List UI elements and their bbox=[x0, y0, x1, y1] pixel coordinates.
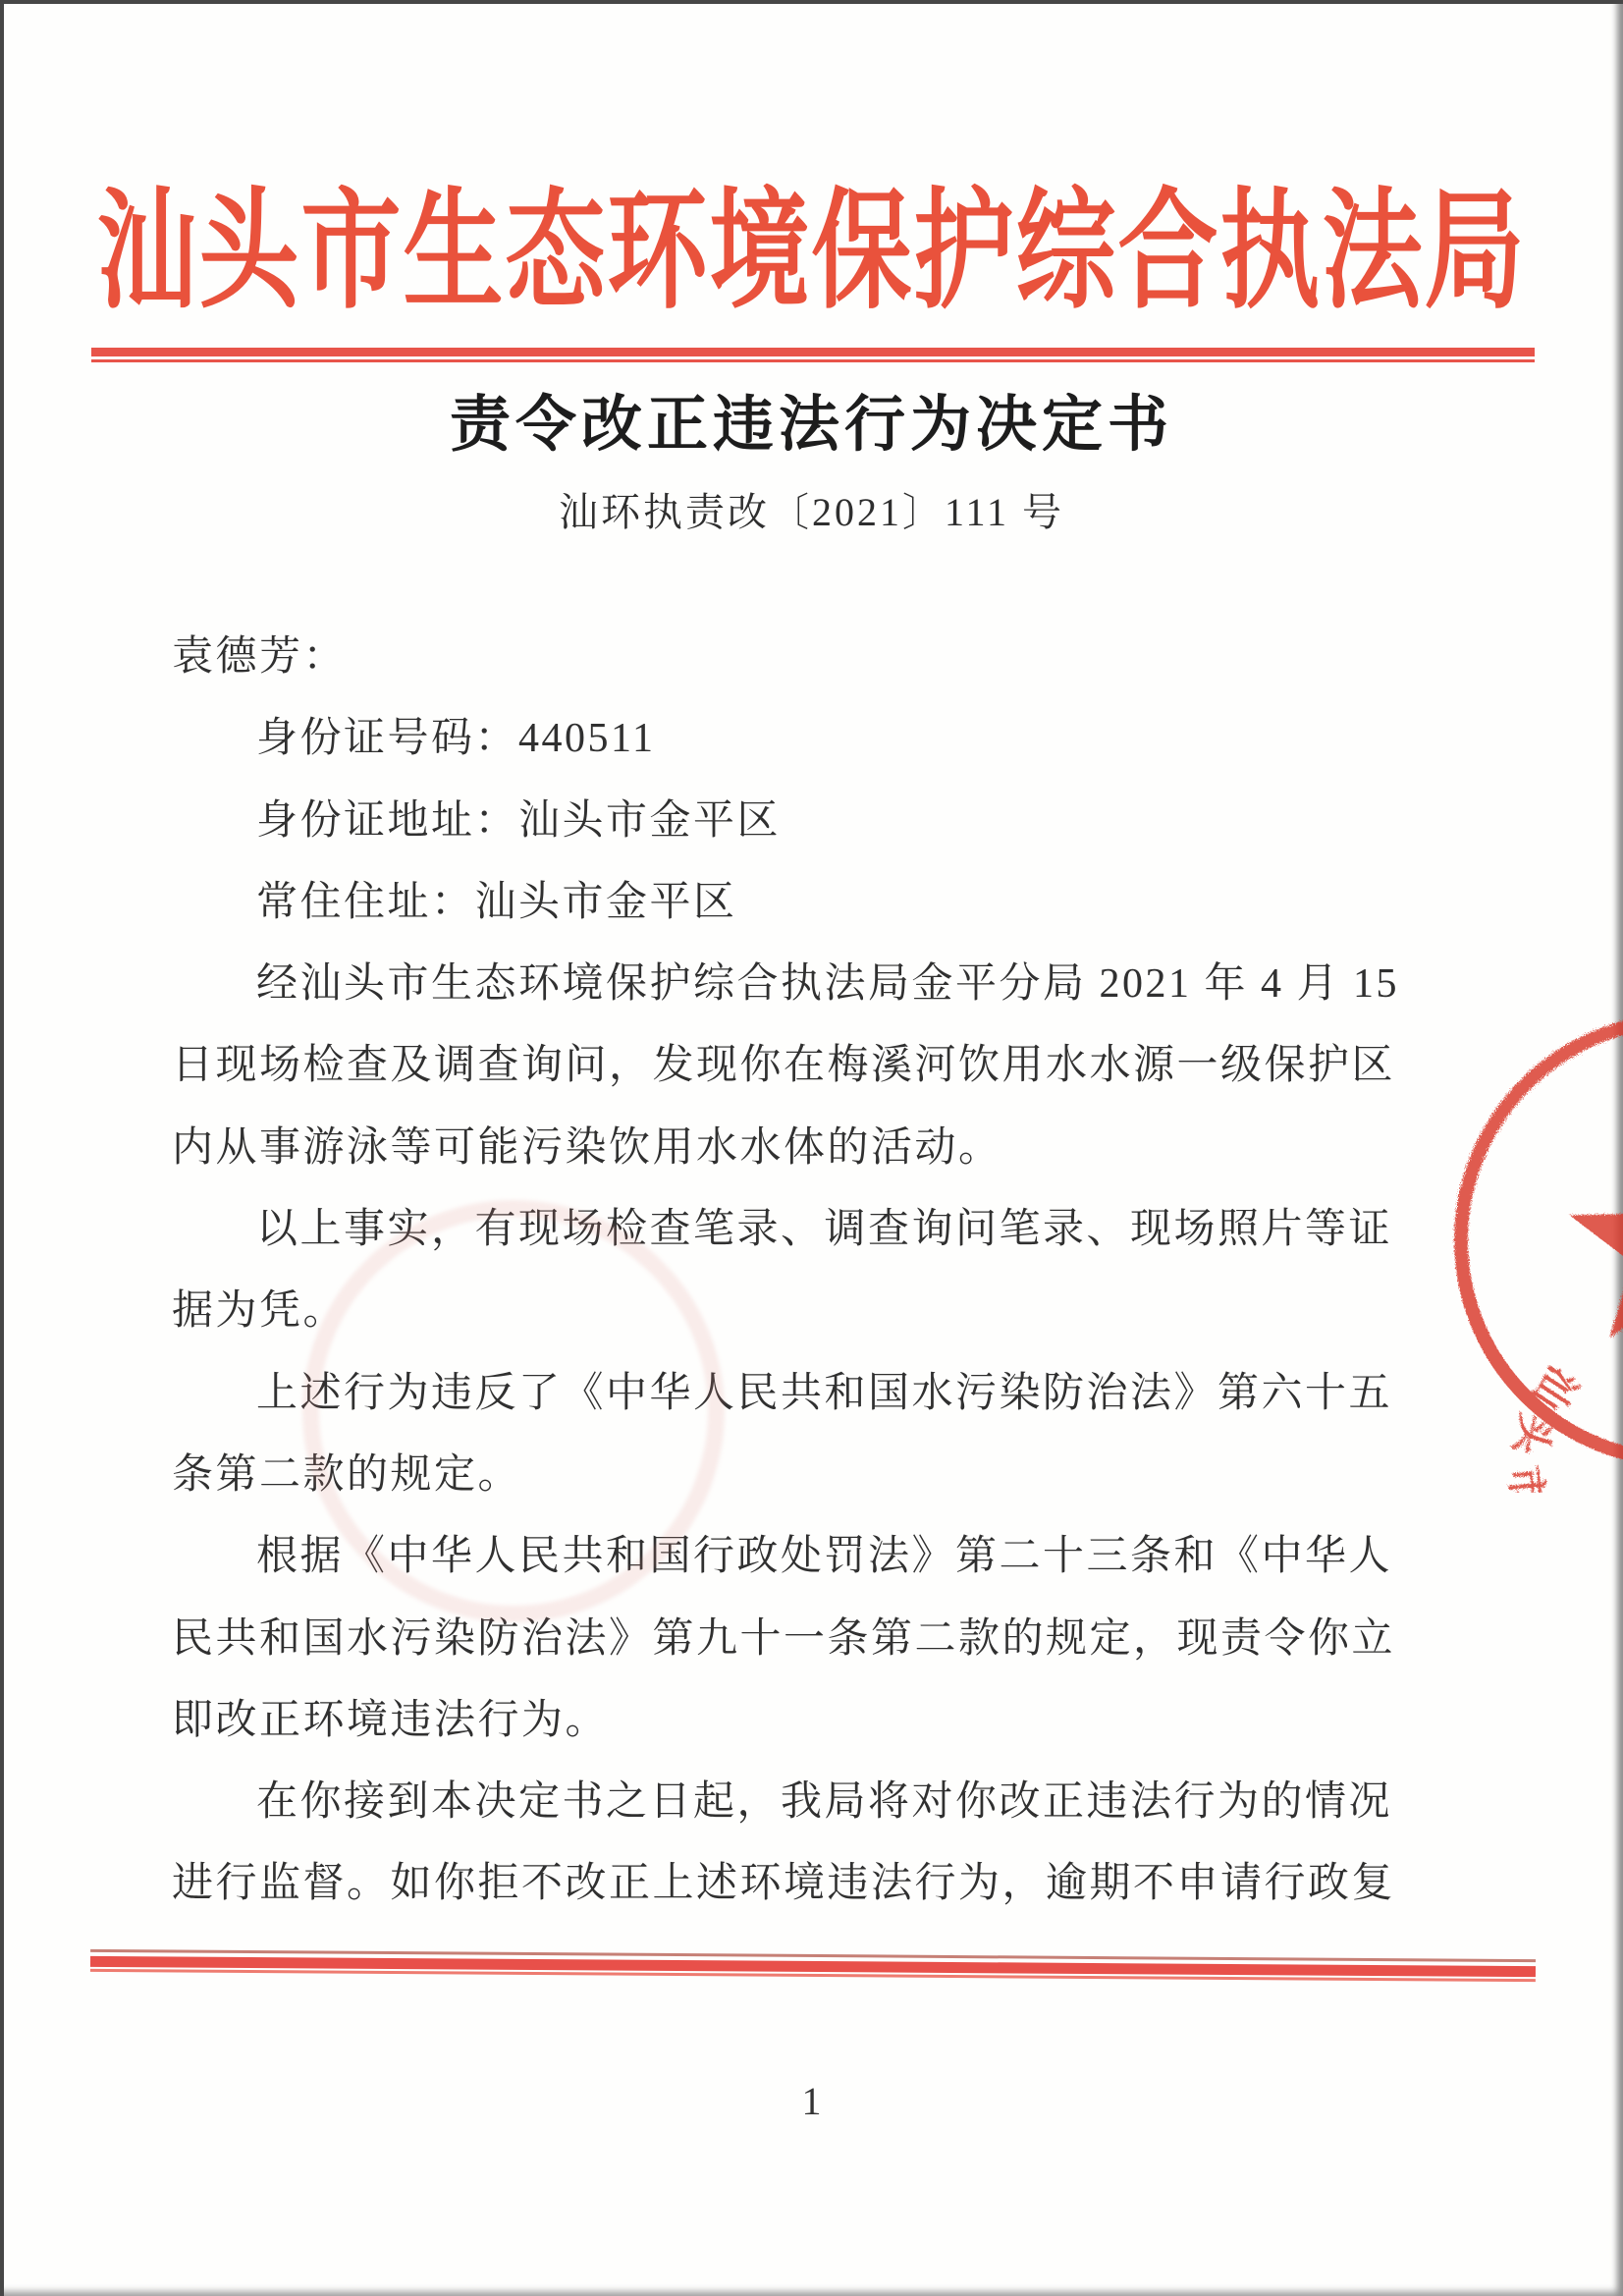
agency-header: 汕头市生态环境保护综合执法局 bbox=[0, 189, 1623, 319]
body-line: 身份证地址：汕头市金平区 bbox=[172, 781, 1409, 862]
body-line: 在你接到本决定书之日起，我局将对你改正违法行为的情况 bbox=[172, 1762, 1409, 1843]
header-rule-thin bbox=[91, 359, 1535, 362]
footer-rule bbox=[90, 1949, 1536, 1982]
body-line: 袁德芳： bbox=[172, 617, 1409, 698]
body-line: 常住住址：汕头市金平区 bbox=[172, 862, 1409, 944]
body-line: 进行监督。如你拒不改正上述环境违法行为，逾期不申请行政复 bbox=[172, 1843, 1409, 1925]
document-number: 汕环执责改〔2021〕111 号 bbox=[0, 491, 1623, 534]
body-line: 日现场检查及调查询问，发现你在梅溪河饮用水水源一级保护区 bbox=[172, 1025, 1409, 1107]
seal-star-icon bbox=[1570, 1139, 1623, 1339]
official-seal-stamp: 汕头市生态环境保护综合执法局 bbox=[1394, 982, 1623, 1493]
page-number: 1 bbox=[0, 2078, 1623, 2124]
header-rule-thick bbox=[91, 348, 1535, 356]
document-title: 责令改正违法行为决定书 bbox=[0, 391, 1623, 461]
body-line: 以上事实，有现场检查笔录、调查询问笔录、现场照片等证 bbox=[172, 1189, 1409, 1271]
ghost-stamp-impression bbox=[302, 1200, 725, 1622]
body-line: 民共和国水污染防治法》第九十一条第二款的规定，现责令你立 bbox=[172, 1599, 1409, 1680]
body-line: 经汕头市生态环境保护综合执法局金平分局 2021 年 4 月 15 bbox=[172, 944, 1409, 1025]
body-line: 身份证号码：440511 bbox=[172, 698, 1409, 780]
body-line: 内从事游泳等可能污染饮用水水体的活动。 bbox=[172, 1108, 1409, 1189]
body-line: 即改正环境违法行为。 bbox=[172, 1680, 1409, 1762]
document-page: 汕头市生态环境保护综合执法局 责令改正违法行为决定书 汕环执责改〔2021〕11… bbox=[0, 0, 1623, 2296]
